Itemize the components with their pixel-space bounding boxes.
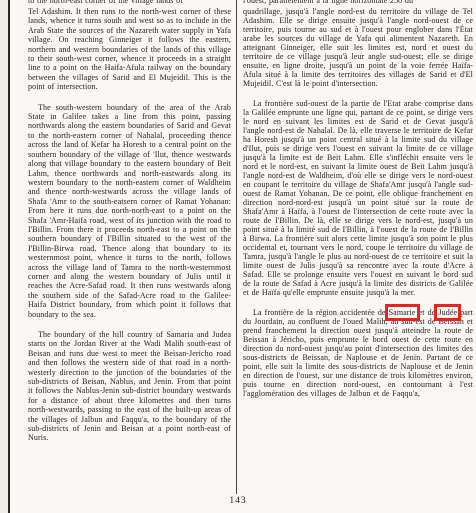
paragraphe-frontiere-sud-ouest: La frontière sud-ouest de la partie de l… [243,99,473,297]
scanned-document-page: to the north-east corner of the village … [0,0,476,513]
paragraphe-quadrillage-continuation: quadrillage, jusqu'à l'angle nord-est du… [243,7,473,88]
paragraph-text-segment: La frontière de la région accidentée de [253,308,389,317]
left-column-english: to the north-east corner of the village … [28,0,231,454]
paragraph-hill-country-samaria-judea: The boundary of the hill country of Sama… [28,330,231,443]
page-number: 143 [0,496,476,506]
clipped-top-line-left: to the north-east corner of the village … [28,0,231,6]
highlight-box-judee: Judée [438,308,457,317]
column-divider-rule [236,0,237,494]
scan-edge-margin [0,0,8,513]
clipped-line-text: l'ouest, parallèlement à la ligne horizo… [243,0,473,5]
paragraphe-samarie-judee: La frontière de la région accidentée de … [243,308,473,398]
paragraph-southwestern-boundary: The south-western boundary of the area o… [28,103,231,319]
clipped-line-text: to the north-east corner of the village … [28,0,231,5]
right-column-french: l'ouest, parallèlement à la ligne horizo… [243,0,473,409]
page-left-edge-line [8,0,10,513]
paragraph-text-segment: part du Jourdain, au confluent de l'oued… [243,308,473,398]
paragraph-galilee-continuation: Tel Adashim. It then runs to the north-w… [28,7,231,92]
clipped-top-line-right: l'ouest, parallèlement à la ligne horizo… [243,0,473,6]
highlight-box-samarie: Samarie [389,308,416,317]
paragraph-text-segment: et de [416,308,439,317]
